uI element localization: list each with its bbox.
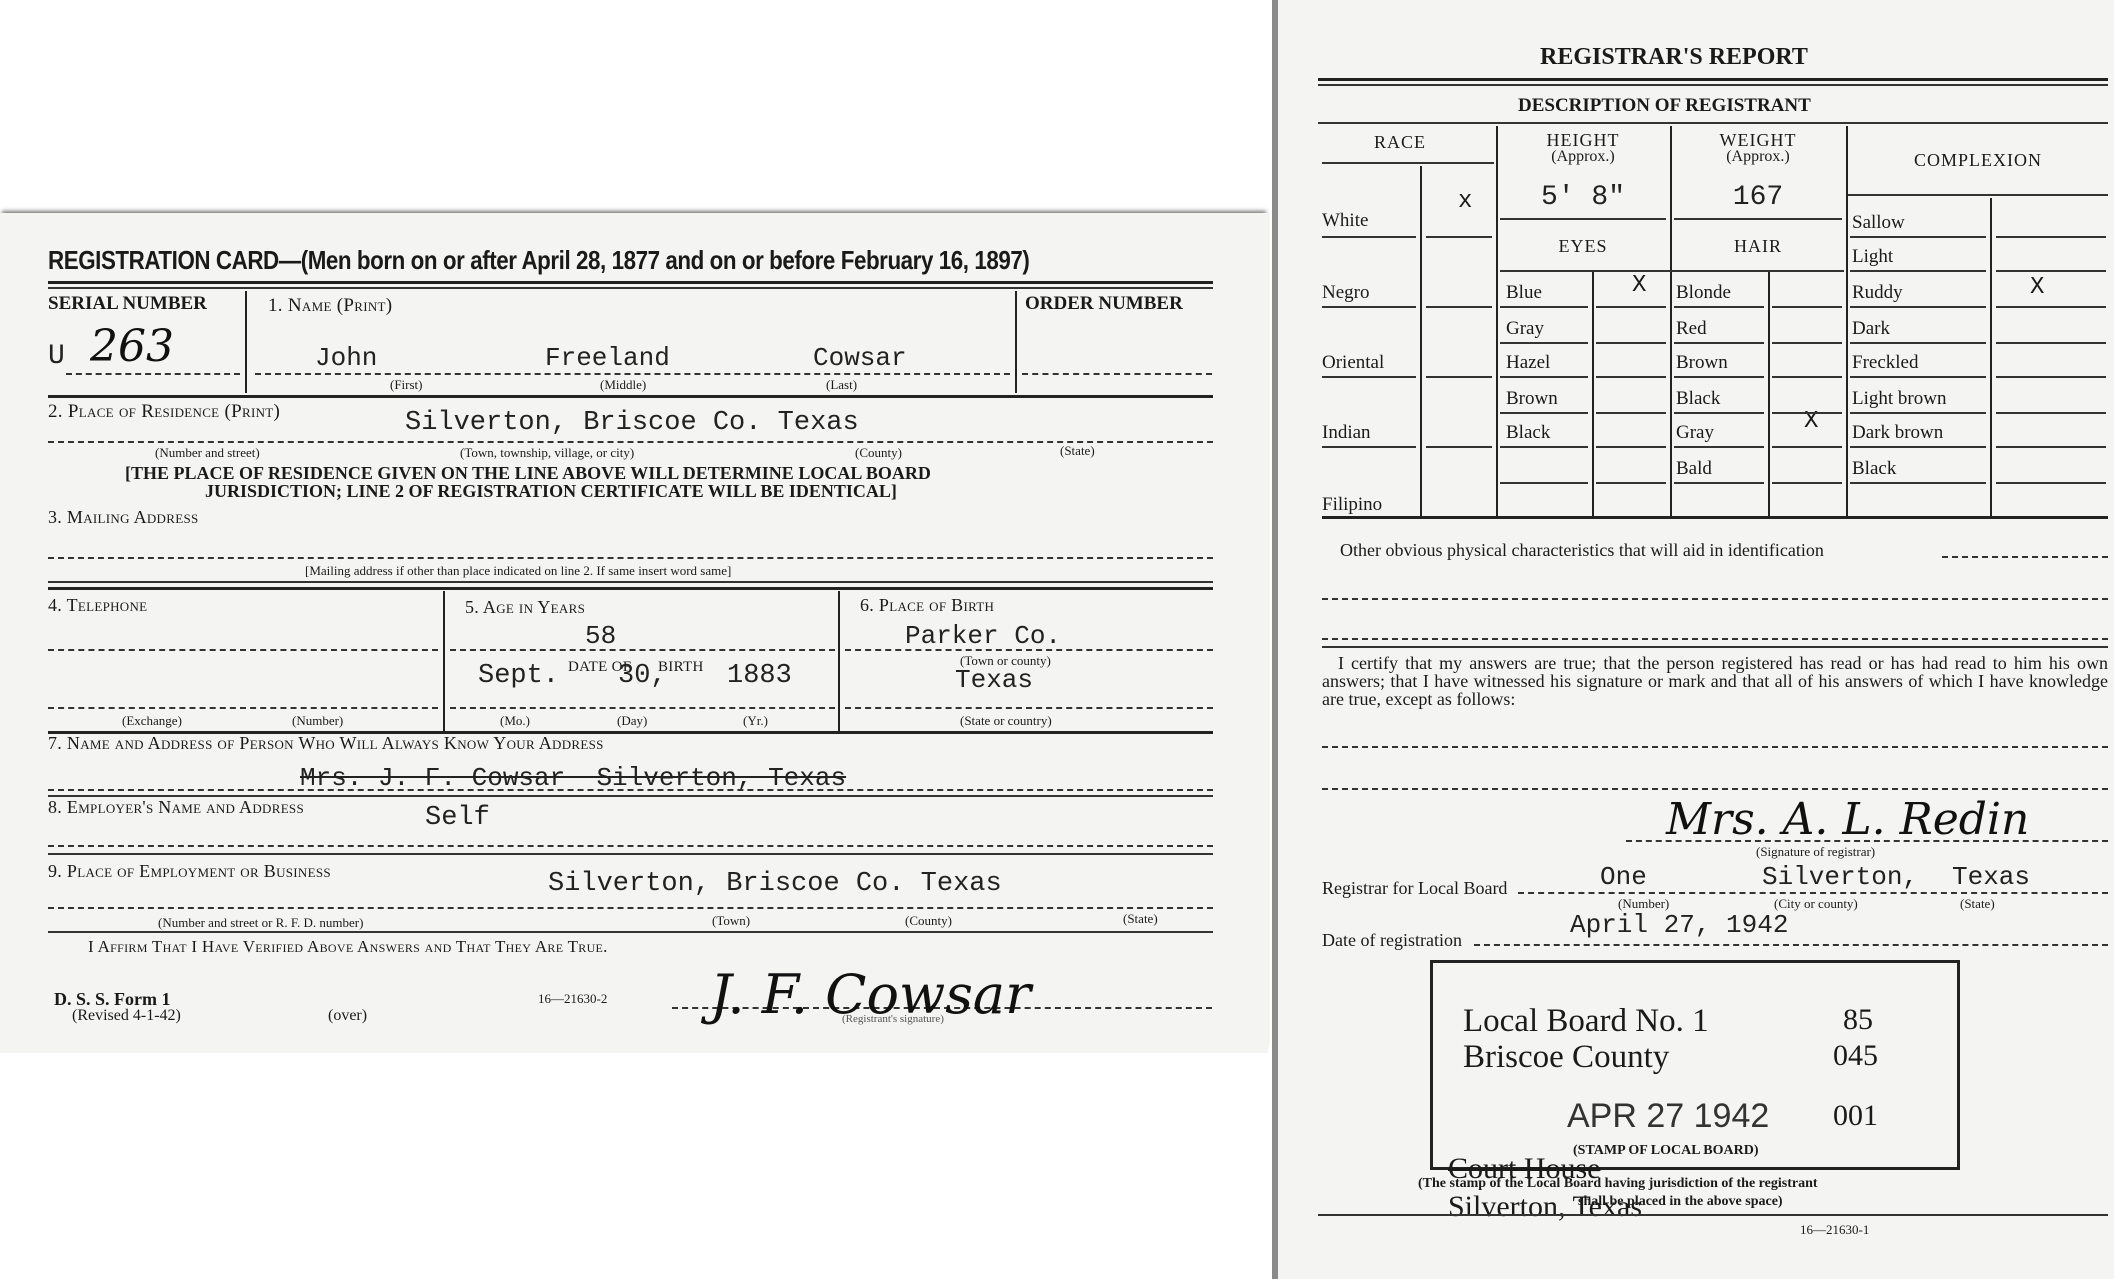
complexion-header: COMPLEXION	[1848, 150, 2108, 171]
birthplace-line	[845, 649, 1213, 651]
divider	[1996, 376, 2106, 378]
divider	[48, 587, 1213, 590]
hair-blonde: Blonde	[1676, 282, 1731, 304]
order-number-label: ORDER NUMBER	[1025, 293, 1183, 315]
certification-text: I certify that my answers are true; that…	[1322, 654, 2108, 708]
employment-place-value[interactable]: Silverton, Briscoe Co. Texas	[548, 869, 1002, 899]
registration-date-label: Date of registration	[1322, 930, 1462, 951]
age-label: 5. Age in Years	[465, 597, 585, 618]
divider	[48, 853, 1213, 855]
divider	[1768, 270, 1770, 516]
board-state-caption: (State)	[1960, 896, 1995, 912]
hair-header: HAIR	[1670, 236, 1846, 257]
registrar-signature-caption: (Signature of registrar)	[1756, 844, 1875, 860]
print-code: 16—21630-2	[538, 991, 607, 1007]
employer-value[interactable]: Self	[425, 803, 490, 833]
stamp-board-code: 85	[1843, 1003, 1873, 1037]
stamp-caption: (STAMP OF LOCAL BOARD)	[1573, 1143, 1759, 1159]
dob-year[interactable]: 1883	[727, 661, 792, 691]
divider	[1318, 84, 2108, 86]
divider	[1426, 236, 1492, 238]
dob-label-2: BIRTH	[658, 659, 704, 676]
report-print-code: 16—21630-1	[1800, 1222, 1869, 1238]
divider	[1996, 412, 2106, 414]
divider	[1596, 306, 1666, 308]
other-characteristics-field[interactable]	[1942, 556, 2108, 558]
divider	[1674, 342, 1764, 344]
divider	[1996, 342, 2106, 344]
race-white-mark[interactable]: x	[1458, 188, 1472, 215]
complexion-ruddy: Ruddy	[1852, 282, 1903, 304]
serial-prefix: U	[48, 341, 65, 372]
registrar-signature-line	[1626, 840, 2108, 842]
birthplace-state[interactable]: Texas	[955, 665, 1033, 695]
divider	[1674, 218, 1842, 220]
divider	[1322, 376, 1416, 378]
divider	[1322, 236, 1416, 238]
exchange-caption: (Exchange)	[122, 713, 182, 729]
local-board-city[interactable]: Silverton,	[1762, 862, 1918, 892]
employment-place-label: 9. Place of Employment or Business	[48, 861, 331, 882]
form-revised: (Revised 4-1-42)	[72, 1007, 181, 1025]
signature-caption: (Registrant's signature)	[842, 1013, 944, 1025]
race-indian: Indian	[1322, 422, 1371, 444]
divider	[1500, 218, 1666, 220]
divider	[1772, 306, 1842, 308]
employer-line	[48, 845, 1213, 847]
middle-name[interactable]: Freeland	[545, 343, 670, 373]
eyes-hazel: Hazel	[1506, 352, 1550, 374]
weight-value[interactable]: 167	[1670, 182, 1846, 213]
eyes-blue: Blue	[1506, 282, 1542, 304]
divider	[1420, 166, 1422, 516]
divider	[1318, 1214, 2108, 1216]
race-header: RACE	[1374, 132, 1426, 153]
telephone-label: 4. Telephone	[48, 595, 147, 616]
age-line	[450, 649, 835, 651]
divider	[1850, 270, 1986, 272]
complexion-dark: Dark	[1852, 318, 1890, 340]
complexion-black: Black	[1852, 458, 1896, 480]
exceptions-line-2[interactable]	[1322, 788, 2108, 790]
divider	[1500, 482, 1588, 484]
stamp-date-code: 001	[1833, 1099, 1878, 1133]
registrar-signature[interactable]: Mrs. A. L. Redin	[1666, 794, 2029, 845]
divider	[1996, 236, 2106, 238]
serial-number-label: SERIAL NUMBER	[48, 293, 207, 315]
dob-line	[450, 707, 835, 709]
divider	[48, 281, 1213, 284]
complexion-dark-brown: Dark brown	[1852, 422, 1943, 444]
divider	[1996, 482, 2106, 484]
other-characteristics-line-2[interactable]	[1322, 598, 2108, 600]
state-or-country-caption: (State or country)	[960, 713, 1052, 729]
divider	[1500, 412, 1588, 414]
complexion-sallow: Sallow	[1852, 212, 1905, 234]
hair-gray: Gray	[1676, 422, 1714, 444]
divider	[1500, 446, 1588, 448]
divider	[838, 591, 840, 731]
divider	[1990, 198, 1992, 516]
number-caption: (Number)	[292, 713, 343, 729]
divider	[1322, 646, 2108, 648]
county-caption: (County)	[855, 445, 902, 461]
local-board-label: Registrar for Local Board	[1322, 878, 1507, 899]
divider	[1674, 482, 1764, 484]
birthplace-state-line	[845, 707, 1213, 709]
divider	[1318, 78, 2108, 81]
divider	[1674, 412, 1764, 414]
divider	[1772, 446, 1842, 448]
eyes-black: Black	[1506, 422, 1550, 444]
hair-black: Black	[1676, 388, 1720, 410]
dob-month[interactable]: Sept.	[478, 661, 559, 691]
divider	[1772, 376, 1842, 378]
divider	[1426, 446, 1492, 448]
divider	[48, 287, 1213, 289]
telephone-field[interactable]	[48, 649, 438, 651]
local-board-line	[1518, 892, 2108, 894]
complexion-freckled: Freckled	[1852, 352, 1918, 374]
hair-brown: Brown	[1676, 352, 1728, 374]
divider	[1850, 342, 1986, 344]
divider	[1426, 376, 1492, 378]
registration-card: REGISTRATION CARD—(Men born on or after …	[0, 213, 1268, 1053]
mailing-caption: [Mailing address if other than place ind…	[305, 563, 731, 579]
first-caption: (First)	[390, 377, 423, 393]
name-line	[255, 373, 1010, 375]
registrars-report-card: REGISTRAR'S REPORT DESCRIPTION OF REGIST…	[1272, 0, 2114, 1279]
divider	[1996, 270, 2106, 272]
divider	[1996, 446, 2106, 448]
eyes-gray: Gray	[1506, 318, 1544, 340]
emp-state-caption: (State)	[1123, 911, 1158, 927]
height-value[interactable]: 5' 8"	[1496, 182, 1670, 213]
registration-date-value[interactable]: April 27, 1942	[1570, 910, 1788, 940]
telephone-number-field[interactable]	[48, 707, 438, 709]
divider	[1674, 376, 1764, 378]
residence-label: 2. Place of Residence (Print)	[48, 401, 280, 423]
divider	[1500, 306, 1588, 308]
divider	[1322, 516, 2108, 519]
divider	[1596, 342, 1666, 344]
race-negro: Negro	[1322, 282, 1369, 304]
serial-line	[66, 373, 240, 375]
divider	[1850, 482, 1986, 484]
divider	[48, 581, 1213, 583]
divider	[245, 291, 247, 393]
stamp-county-code: 045	[1833, 1039, 1878, 1073]
registration-date-line	[1474, 944, 2108, 946]
divider	[1850, 306, 1986, 308]
other-characteristics-line-3[interactable]	[1322, 638, 2108, 640]
residence-line	[48, 441, 1213, 443]
state-caption: (State)	[1060, 443, 1095, 459]
town-caption: (Town, township, village, or city)	[460, 445, 634, 461]
divider	[1322, 306, 1416, 308]
divider	[1674, 446, 1764, 448]
birthplace-label: 6. Place of Birth	[860, 595, 994, 616]
stamp-board-name: Local Board No. 1	[1463, 1003, 1709, 1040]
residence-notice-2: JURISDICTION; LINE 2 OF REGISTRATION CER…	[205, 481, 897, 502]
divider	[1426, 306, 1492, 308]
birthplace-town[interactable]: Parker Co.	[905, 621, 1061, 651]
divider	[1322, 162, 1494, 164]
divider	[1850, 412, 1986, 414]
height-sub: (Approx.)	[1496, 148, 1670, 166]
mailing-address-field[interactable]	[48, 557, 1213, 559]
order-number-field[interactable]	[1022, 373, 1212, 375]
name-label: 1. Name (Print)	[268, 295, 392, 317]
stamp-address-2: Silverton, Texas	[1448, 1190, 1642, 1224]
divider	[1850, 236, 1986, 238]
complexion-light: Light	[1852, 246, 1893, 268]
local-board-stamp-box: Local Board No. 1 85 Briscoe County 045 …	[1430, 960, 1960, 1170]
emp-county-caption: (County)	[905, 913, 952, 929]
emp-town-caption: (Town)	[712, 913, 750, 929]
complexion-light-brown: Light brown	[1852, 388, 1946, 410]
divider	[1596, 482, 1666, 484]
last-name[interactable]: Cowsar	[813, 343, 907, 373]
other-characteristics-label: Other obvious physical characteristics t…	[1340, 540, 1824, 561]
complexion-ruddy-mark[interactable]: X	[2030, 274, 2044, 301]
divider	[1592, 270, 1594, 516]
weight-sub: (Approx.)	[1670, 148, 1846, 166]
divider	[1596, 412, 1666, 414]
age-value[interactable]: 58	[585, 621, 616, 651]
rfd-caption: (Number and street or R. F. D. number)	[158, 915, 363, 931]
divider	[1772, 412, 1842, 414]
race-oriental: Oriental	[1322, 352, 1384, 374]
divider	[1318, 122, 2108, 124]
divider	[48, 395, 1213, 398]
year-caption: (Yr.)	[743, 713, 768, 729]
mailing-address-label: 3. Mailing Address	[48, 507, 199, 528]
eyes-header: EYES	[1496, 236, 1670, 257]
stamp-county: Briscoe County	[1463, 1039, 1669, 1076]
street-caption: (Number and street)	[155, 445, 260, 461]
contact-person-label: 7. Name and Address of Person Who Will A…	[48, 733, 604, 754]
divider	[48, 931, 1213, 933]
month-caption: (Mo.)	[500, 713, 530, 729]
divider	[1850, 376, 1986, 378]
employer-label: 8. Employer's Name and Address	[48, 797, 304, 818]
eyes-blue-mark[interactable]: X	[1632, 272, 1646, 299]
last-caption: (Last)	[826, 377, 857, 393]
divider	[1596, 446, 1666, 448]
race-filipino: Filipino	[1322, 494, 1382, 516]
divider	[1015, 291, 1017, 393]
race-white: White	[1322, 210, 1368, 232]
divider	[1772, 342, 1842, 344]
residence-value[interactable]: Silverton, Briscoe Co. Texas	[405, 408, 859, 438]
serial-number-value[interactable]: 263	[90, 321, 174, 372]
hair-red: Red	[1676, 318, 1707, 340]
divider	[1500, 342, 1588, 344]
description-subtitle: DESCRIPTION OF REGISTRANT	[1518, 95, 1811, 117]
stamp-date: APR 27 1942	[1567, 1097, 1769, 1136]
divider	[1846, 194, 2108, 196]
divider	[1322, 446, 1416, 448]
divider	[1996, 306, 2106, 308]
middle-caption: (Middle)	[600, 377, 646, 393]
divider	[1772, 482, 1842, 484]
employment-line	[48, 907, 1213, 909]
divider	[1850, 446, 1986, 448]
over-label: (over)	[328, 1007, 367, 1025]
divider	[1500, 270, 1844, 272]
affirmation: I Affirm That I Have Verified Above Answ…	[88, 937, 608, 957]
eyes-brown: Brown	[1506, 388, 1558, 410]
hair-bald: Bald	[1676, 458, 1712, 480]
day-caption: (Day)	[617, 713, 647, 729]
local-board-number[interactable]: One	[1600, 862, 1647, 892]
divider	[1846, 126, 1848, 516]
exceptions-line-1[interactable]	[1322, 746, 2108, 748]
divider	[1674, 306, 1764, 308]
local-board-state[interactable]: Texas	[1952, 862, 2030, 892]
contact-line	[48, 789, 1213, 791]
card-title: REGISTRATION CARD—(Men born on or after …	[48, 245, 1029, 276]
report-title: REGISTRAR'S REPORT	[1540, 44, 1808, 71]
divider	[1596, 376, 1666, 378]
first-name[interactable]: John	[315, 343, 377, 373]
divider	[1500, 376, 1588, 378]
divider	[443, 591, 445, 731]
